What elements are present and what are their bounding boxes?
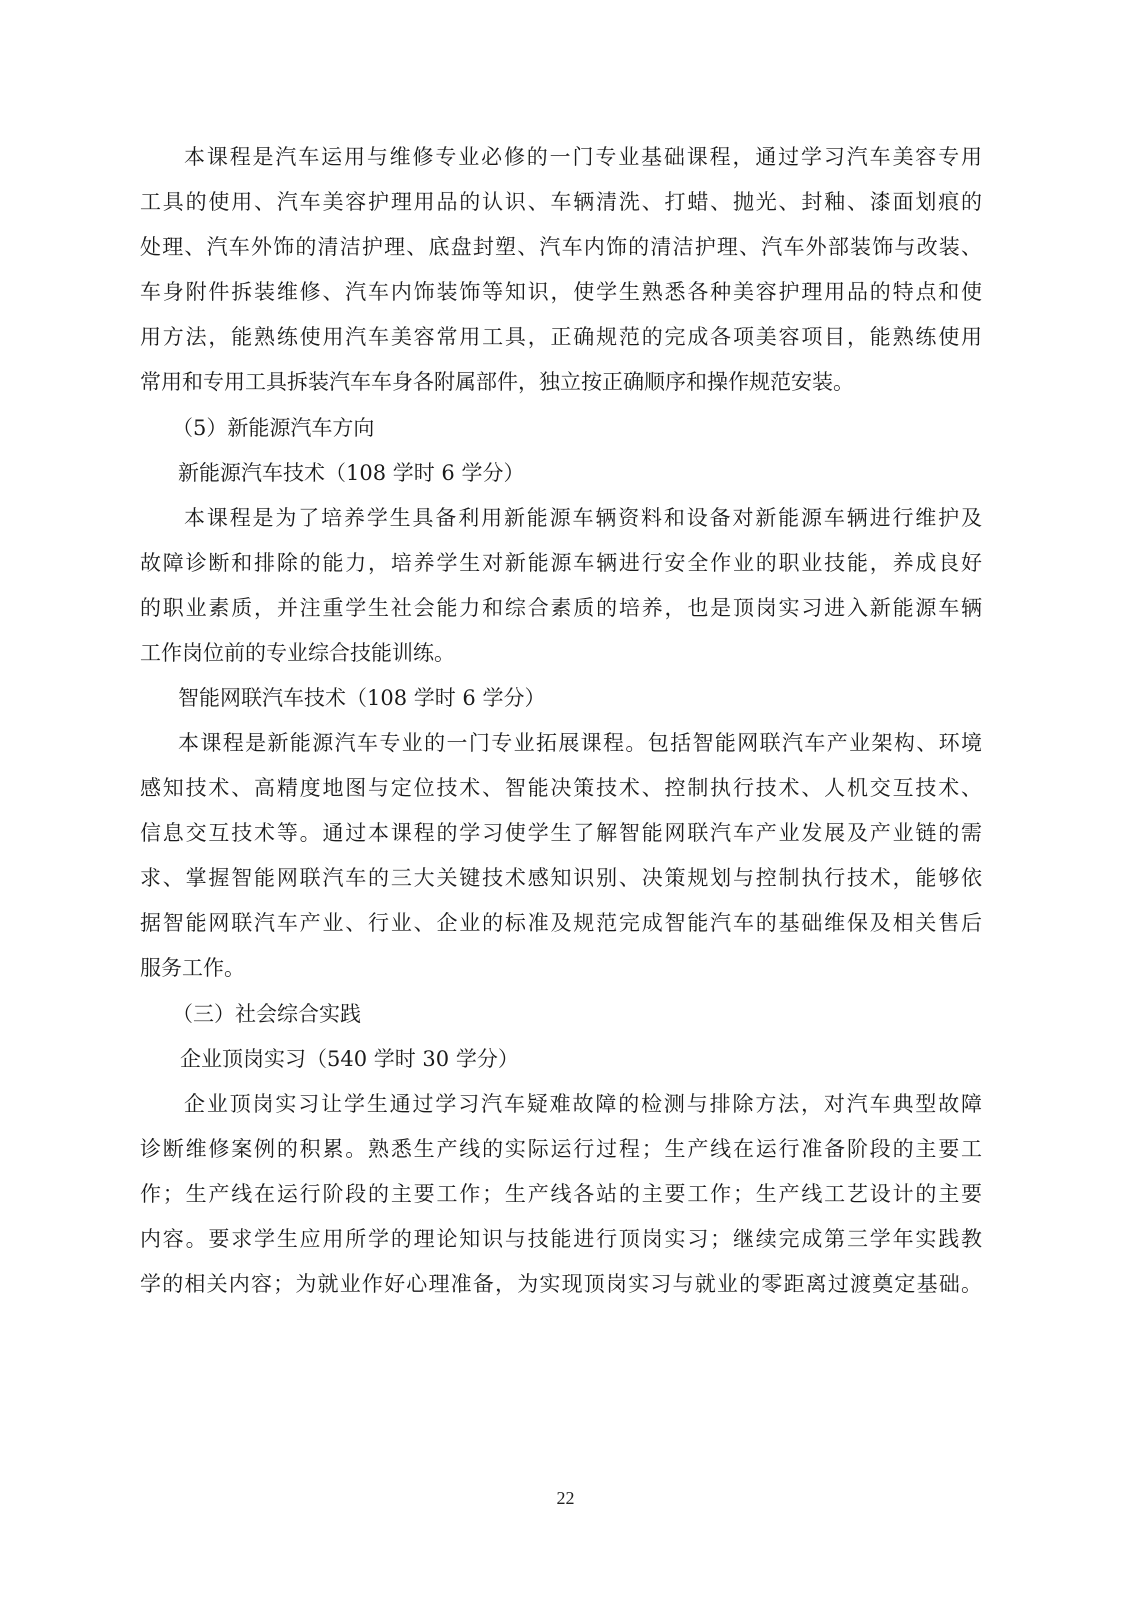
paragraph-line: 故障诊断和排除的能力，培养学生对新能源车辆进行安全作业的职业技能，养成良好	[140, 548, 982, 578]
section-heading-social-practice: （三）社会综合实践	[172, 999, 970, 1029]
paragraph-line: 的职业素质，并注重学生社会能力和综合素质的培养，也是顶岗实习进入新能源车辆	[140, 593, 982, 623]
paragraph-line: 学的相关内容；为就业作好心理准备，为实现顶岗实习与就业的零距离过渡奠定基础。	[140, 1269, 982, 1299]
section-heading-new-energy: （5）新能源汽车方向	[172, 413, 970, 443]
paragraph-line: 求、掌握智能网联汽车的三大关键技术感知识别、决策规划与控制执行技术，能够依	[140, 863, 982, 893]
paragraph-line: 作；生产线在运行阶段的主要工作；生产线各站的主要工作；生产线工艺设计的主要	[140, 1179, 982, 1209]
paragraph-line: 常用和专用工具拆装汽车车身各附属部件，独立按正确顺序和操作规范安装。	[140, 367, 982, 397]
paragraph-line: 工作岗位前的专业综合技能训练。	[140, 638, 982, 668]
paragraph-line: 感知技术、高精度地图与定位技术、智能决策技术、控制执行技术、人机交互技术、	[140, 773, 982, 803]
paragraph-line: 本课程是汽车运用与维修专业必修的一门专业基础课程，通过学习汽车美容专用	[184, 142, 982, 172]
paragraph-line: 内容。要求学生应用所学的理论知识与技能进行顶岗实习；继续完成第三学年实践教	[140, 1224, 982, 1254]
course-title-internship: 企业顶岗实习（540 学时 30 学分）	[180, 1044, 978, 1074]
paragraph-line: 本课程是新能源汽车专业的一门专业拓展课程。包括智能网联汽车产业架构、环境	[178, 728, 982, 758]
course-title-intelligent-connected: 智能网联汽车技术（108 学时 6 学分）	[178, 683, 982, 713]
paragraph-line: 车身附件拆装维修、汽车内饰装饰等知识，使学生熟悉各种美容护理用品的特点和使	[140, 277, 982, 307]
paragraph-line: 本课程是为了培养学生具备利用新能源车辆资料和设备对新能源车辆进行维护及	[184, 503, 982, 533]
paragraph-line: 信息交互技术等。通过本课程的学习使学生了解智能网联汽车产业发展及产业链的需	[140, 818, 982, 848]
course-title-new-energy-tech: 新能源汽车技术（108 学时 6 学分）	[178, 458, 976, 488]
paragraph-line: 诊断维修案例的积累。熟悉生产线的实际运行过程；生产线在运行准备阶段的主要工	[140, 1134, 982, 1164]
document-page: 本课程是汽车运用与维修专业必修的一门专业基础课程，通过学习汽车美容专用 工具的使…	[0, 0, 1131, 1600]
paragraph-line: 据智能网联汽车产业、行业、企业的标准及规范完成智能汽车的基础维保及相关售后	[140, 908, 982, 938]
page-number: 22	[0, 1486, 1131, 1510]
paragraph-line: 企业顶岗实习让学生通过学习汽车疑难故障的检测与排除方法，对汽车典型故障	[184, 1089, 982, 1119]
paragraph-line: 处理、汽车外饰的清洁护理、底盘封塑、汽车内饰的清洁护理、汽车外部装饰与改装、	[140, 232, 982, 262]
paragraph-line: 工具的使用、汽车美容护理用品的认识、车辆清洗、打蜡、抛光、封釉、漆面划痕的	[140, 187, 982, 217]
paragraph-line: 用方法，能熟练使用汽车美容常用工具，正确规范的完成各项美容项目，能熟练使用	[140, 322, 982, 352]
paragraph-line: 服务工作。	[140, 953, 982, 983]
